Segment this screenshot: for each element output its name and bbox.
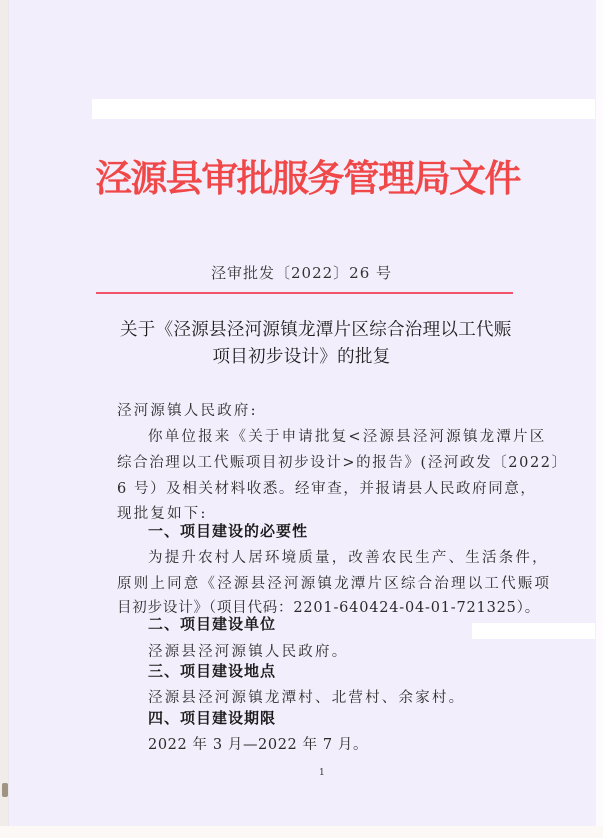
document-title-line-2: 项目初步设计》的批复 — [0, 343, 603, 368]
section-heading-1: 一、项目建设的必要性 — [148, 520, 308, 541]
redaction-block — [472, 623, 595, 639]
scan-bottom-edge — [0, 826, 603, 838]
body-line: 综合治理以工代赈项目初步设计>的报告》(泾河政发〔2022〕 — [117, 451, 568, 472]
document-number: 泾审批发〔2022〕26 号 — [0, 262, 603, 283]
body-line: 2022 年 3 月—2022 年 7 月。 — [148, 733, 368, 754]
page-number: 1 — [319, 768, 325, 778]
body-line: 原则上同意《泾源县泾河源镇龙潭片区综合治理以工代赈项 — [117, 572, 551, 593]
document-header-title: 泾源县审批服务管理局文件 — [95, 148, 515, 202]
section-heading-3: 三、项目建设地点 — [148, 660, 276, 681]
body-line: 为提升农村人居环境质量，改善农民生产、生活条件， — [148, 546, 549, 567]
body-line: 你单位报来《关于申请批复<泾源县泾河源镇龙潭片区 — [148, 425, 546, 446]
section-heading-4: 四、项目建设期限 — [148, 707, 276, 728]
body-line: 6 号）及相关材料收悉。经审查，并报请县人民政府同意， — [117, 477, 537, 498]
salutation: 泾河源镇人民政府: — [117, 399, 258, 420]
red-separator-line — [96, 292, 513, 294]
document-title-line-1: 关于《泾源县泾河源镇龙潭片区综合治理以工代赈 — [120, 316, 540, 341]
section-heading-2: 二、项目建设单位 — [148, 613, 276, 634]
scan-smudge — [2, 783, 8, 797]
redaction-block — [92, 99, 595, 119]
body-line: 泾源县泾河源镇人民政府。 — [148, 640, 348, 661]
scan-edge — [0, 0, 8, 826]
body-line: 泾源县泾河源镇龙潭村、北营村、余家村。 — [148, 686, 465, 707]
